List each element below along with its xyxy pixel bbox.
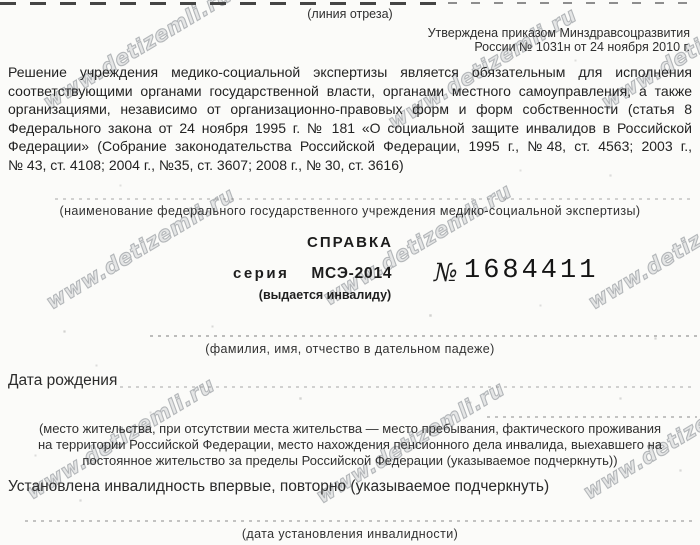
issued-to-caption: (выдается инвалиду) <box>245 288 405 302</box>
institution-caption: (наименование федерального государственн… <box>0 204 700 218</box>
institution-fill-line <box>55 198 695 200</box>
cut-line-label: (линия отреза) <box>0 7 700 21</box>
series-label: серия <box>233 265 289 282</box>
residence-caption-line: (место жительства, при отсутствии места … <box>0 421 700 437</box>
legal-paragraph-line: соответствующими органами государственно… <box>8 82 692 101</box>
legal-paragraph-line: Федерации» (Собрание законодательства Ро… <box>8 137 692 156</box>
name-fill-line <box>150 335 698 337</box>
series-value: МСЭ-2014 <box>311 265 392 283</box>
cut-line-dashes <box>448 2 700 4</box>
approval-line-1: Утверждена приказом Минздравсоцразвития <box>428 26 690 40</box>
birth-date-fill-line <box>120 386 696 388</box>
legal-paragraph-line: Решение учреждения медико-социальной экс… <box>8 63 692 82</box>
residence-fill-line <box>487 416 697 418</box>
cut-line-dashes <box>0 2 448 5</box>
residence-caption-line: на территории Российской Федерации, мест… <box>0 437 700 453</box>
residence-caption: (место жительства, при отсутствии места … <box>0 421 700 468</box>
legal-paragraph-line: организациями, независимо от организацио… <box>8 100 692 119</box>
name-caption: (фамилия, имя, отчество в дательном паде… <box>0 342 700 356</box>
birth-date-label: Дата рождения <box>8 372 117 390</box>
legal-paragraph-line: Федерального закона от 24 ноября 1995 г.… <box>8 119 692 138</box>
certificate-scan-page: www.detizemli.ru www.detizemli.ru www.de… <box>0 0 700 545</box>
disability-date-fill-line <box>25 520 695 522</box>
approval-note: Утверждена приказом Минздравсоцразвития … <box>428 26 690 54</box>
series-row: серия МСЭ-2014 <box>233 265 392 283</box>
certificate-title: СПРАВКА <box>0 234 700 251</box>
legal-paragraph-line: № 43, ст. 4108; 2004 г., №35, ст. 3607; … <box>8 156 692 175</box>
number-sign: № <box>434 258 458 287</box>
residence-caption-line: постоянное жительство за пределы Российс… <box>0 453 700 469</box>
scan-noise <box>0 0 1 1</box>
certificate-number: 1684411 <box>464 256 598 286</box>
disability-statement: Установлена инвалидность впервые, повтор… <box>8 478 549 496</box>
legal-paragraph: Решение учреждения медико-социальной экс… <box>8 63 692 175</box>
disability-date-caption: (дата установления инвалидности) <box>0 527 700 541</box>
approval-line-2: России № 1031н от 24 ноября 2010 г. <box>428 40 690 54</box>
